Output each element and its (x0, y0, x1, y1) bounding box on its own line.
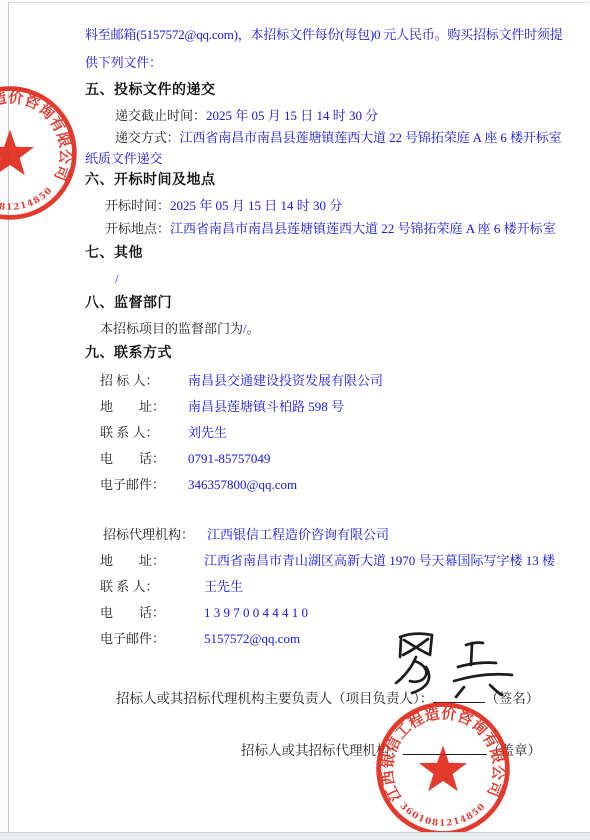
method-paragraph: 递交方式：江西省南昌市南昌县莲塘镇莲西大道 22 号锦拓荣庭 A 座 6 楼开标… (85, 127, 563, 169)
contact-value: 1 3 9 7 0 0 4 4 4 1 0 (204, 600, 308, 626)
document-viewport: { "colors": { "accent_blue": "#1515e8", … (0, 0, 590, 840)
contact-row-tenderer: 招 标 人：南昌县交通建设投资发展有限公司 (100, 368, 563, 394)
deadline-label: 递交截止时间： (115, 108, 206, 123)
open-place-label: 开标地点： (105, 221, 170, 236)
contact-value: 江西省南昌市青山湖区高新大道 1970 号天幕国际写字楼 13 楼 (204, 548, 555, 574)
contact-label: 联 系 人： (100, 574, 204, 600)
open-time-row: 开标时间：2025 年 05 月 15 日 14 时 30 分 (105, 194, 563, 217)
contact-label: 招 标 人： (100, 368, 188, 394)
open-place-value: 江西省南昌市南昌县莲塘镇莲西大道 22 号锦拓荣庭 A 座 6 楼开标室 (170, 221, 556, 236)
method-label: 递交方式： (115, 130, 180, 145)
deadline-row: 递交截止时间：2025 年 05 月 15 日 14 时 30 分 (115, 104, 563, 127)
handwritten-signature (386, 623, 518, 703)
contact-row-person: 联 系 人：刘先生 (100, 420, 563, 446)
other-content: / (115, 267, 563, 290)
page-content: 料至邮箱(5157572@qq.com)，本招标文件每份(每包)0 元人民币。购… (9, 3, 589, 652)
contact-label: 地 址： (100, 394, 188, 420)
open-time-label: 开标时间： (105, 198, 170, 213)
contact-value: 刘先生 (188, 420, 227, 446)
contact-row-agency: 招标代理机构：江西银信工程造价咨询有限公司 (103, 522, 563, 548)
contact-label: 招标代理机构： (103, 522, 207, 548)
section-title-5: 五、投标文件的递交 (85, 81, 563, 101)
contact-value: 王先生 (204, 574, 243, 600)
contact-row-address: 地 址：南昌县莲塘镇斗柏路 598 号 (100, 394, 563, 420)
contact-label: 电 话： (100, 446, 188, 472)
contact-row-email: 电子邮件：346357800@qq.com (100, 472, 563, 498)
supervisor-suffix: 。 (247, 321, 260, 336)
document-page: 料至邮箱(5157572@qq.com)，本招标文件每份(每包)0 元人民币。购… (8, 2, 589, 833)
contact-value: 5157572@qq.com (204, 626, 300, 652)
section-title-6: 六、开标时间及地点 (85, 171, 563, 191)
contact-value: 0791-85757049 (188, 446, 270, 472)
star-icon (419, 746, 467, 792)
company-seal-left: 江西银信工程造价咨询有限公司 3601081214850 (0, 83, 80, 223)
deadline-value: 2025 年 05 月 15 日 14 时 30 分 (206, 108, 378, 123)
contact-label: 地 址： (100, 548, 204, 574)
contact-value: 南昌县莲塘镇斗柏路 598 号 (188, 394, 344, 420)
contact-row-phone: 电 话：0791-85757049 (100, 446, 563, 472)
contact-label: 电 话： (100, 600, 204, 626)
open-place-row: 开标地点：江西省南昌市南昌县莲塘镇莲西大道 22 号锦拓荣庭 A 座 6 楼开标… (105, 217, 563, 240)
page-bottom-edge (0, 832, 590, 840)
contact-value: 江西银信工程造价咨询有限公司 (207, 522, 389, 548)
contact-label: 联 系 人： (100, 420, 188, 446)
contact-row-agency-address: 地 址：江西省南昌市青山湖区高新大道 1970 号天幕国际写字楼 13 楼 (100, 548, 563, 574)
contact-label: 电子邮件： (100, 472, 188, 498)
section-title-9: 九、联系方式 (85, 344, 563, 364)
intro-paragraph: 料至邮箱(5157572@qq.com)，本招标文件每份(每包)0 元人民币。购… (85, 21, 563, 77)
contact-row-agency-person: 联 系 人：王先生 (100, 574, 563, 600)
section-title-7: 七、其他 (85, 244, 563, 264)
contact-label: 电子邮件： (100, 626, 204, 652)
supervisor-row: 本招标项目的监督部门为/。 (100, 317, 563, 340)
seal-serial-number: 3601081214850 (0, 185, 55, 213)
svg-text:3601081214850: 3601081214850 (0, 185, 55, 213)
company-seal-bottom: 江西银信工程造价咨询有限公司 3601081214850 (373, 699, 513, 839)
supervisor-prefix: 本招标项目的监督部门为 (100, 321, 243, 336)
contact-value: 346357800@qq.com (188, 472, 297, 498)
star-icon (0, 130, 34, 176)
open-time-value: 2025 年 05 月 15 日 14 时 30 分 (170, 198, 342, 213)
section-title-8: 八、监督部门 (85, 294, 563, 314)
contact-value: 南昌县交通建设投资发展有限公司 (188, 368, 383, 394)
